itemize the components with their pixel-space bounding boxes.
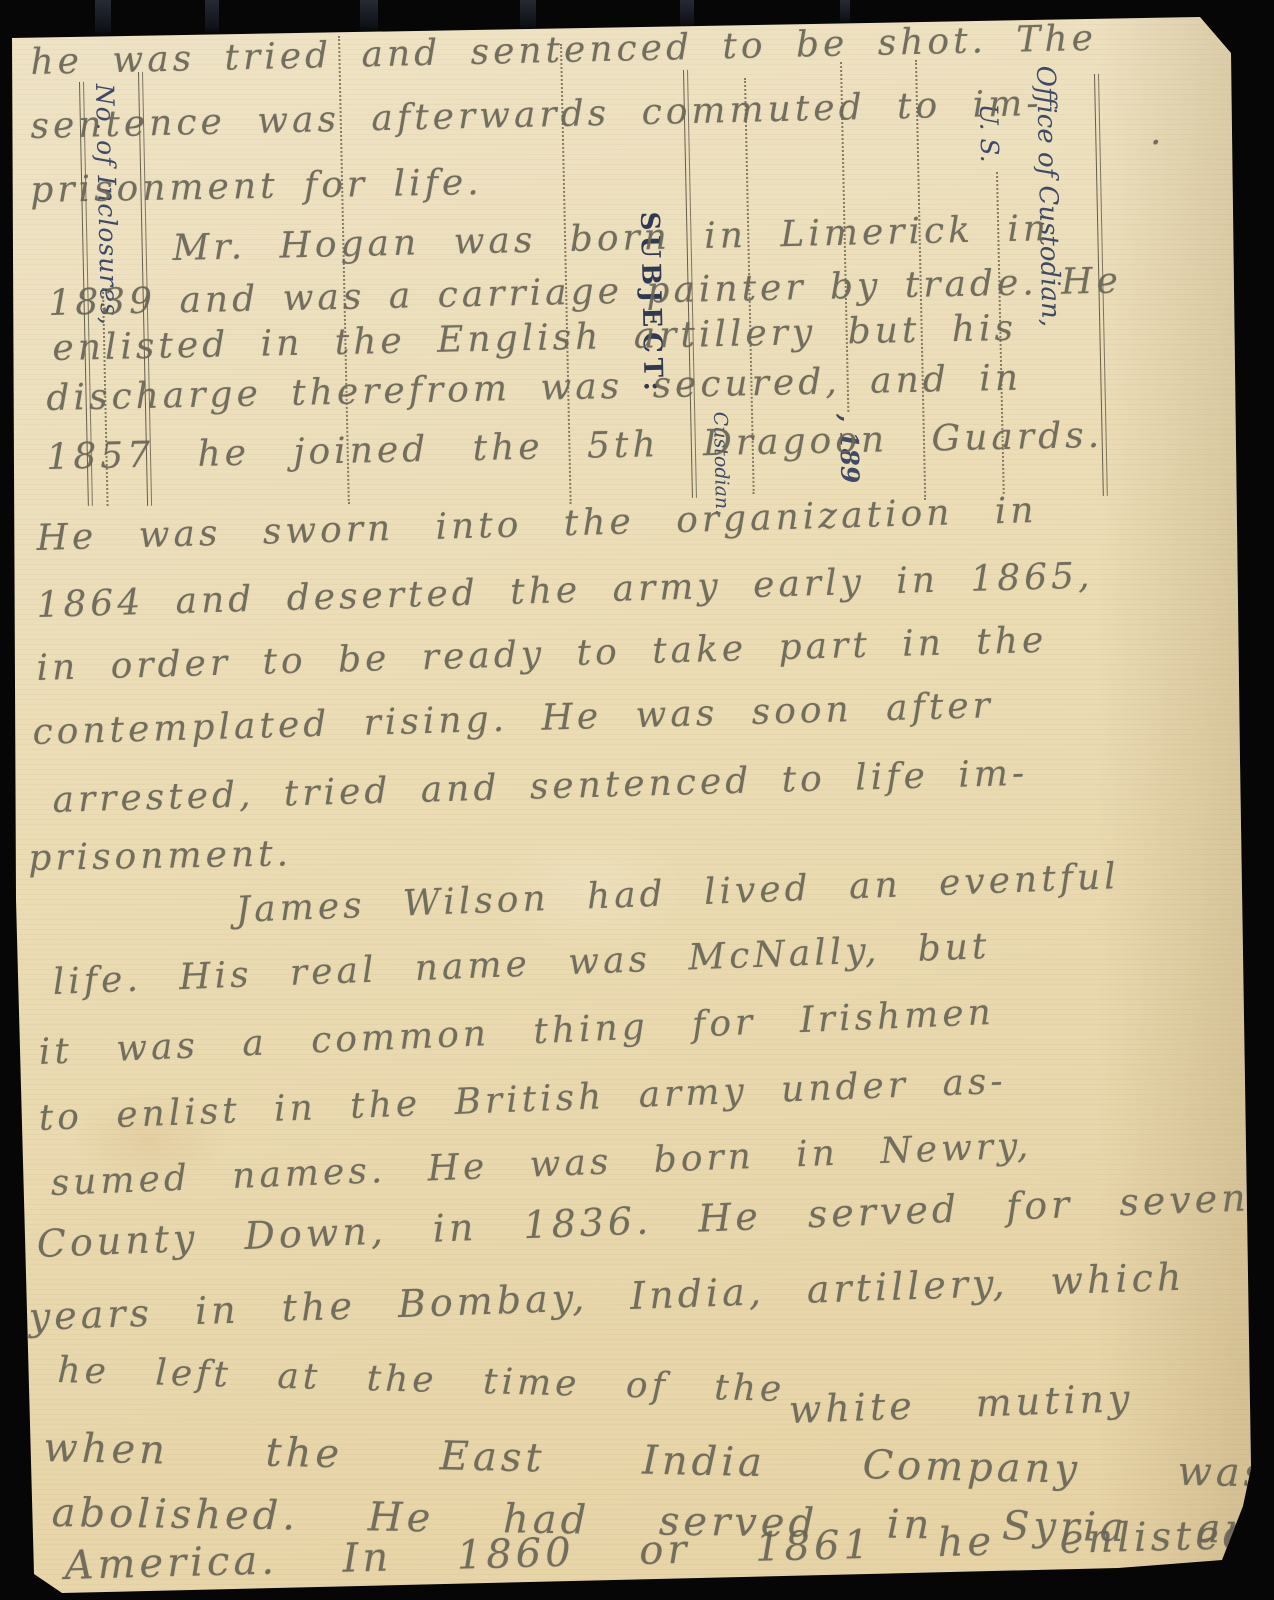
handwritten-stray-period: . xyxy=(1150,112,1165,153)
handwritten-line: James Wilson had lived an eventful xyxy=(235,856,1120,931)
scanner-streak xyxy=(95,0,111,36)
handwritten-line: contemplated rising. He was soon after xyxy=(32,685,994,753)
paper: No. of Inclosures, SUBJECT: Custodian. ,… xyxy=(0,0,1274,1600)
handwritten-line: it was a common thing for Irishmen xyxy=(38,992,996,1073)
handwritten-line: sentence was afterwards commuted to im- xyxy=(30,83,1043,147)
scanner-streak xyxy=(680,0,694,28)
scanned-page: No. of Inclosures, SUBJECT: Custodian. ,… xyxy=(0,0,1274,1600)
handwritten-line: discharge therefrom was secured, and in xyxy=(46,358,1022,419)
handwritten-line: 1864 and deserted the army early in 1865… xyxy=(36,555,1094,626)
handwritten-line: arrested, tried and sentenced to life im… xyxy=(52,753,1029,821)
handwritten-line: to enlist in the British army under as- xyxy=(38,1061,1007,1139)
handwritten-line: years in the Bombay, India, artillery, w… xyxy=(28,1255,1186,1339)
handwritten-line: 1857 he joined the 5th Dragoon Guards. xyxy=(46,415,1103,478)
handwritten-line: He was sworn into the organization in xyxy=(36,490,1038,559)
handwritten-line: prisonment. xyxy=(28,833,292,879)
scanner-streak xyxy=(205,0,219,34)
scanner-streak xyxy=(520,0,536,30)
handwritten-line: he was tried and sentenced to be shot. T… xyxy=(30,18,1097,83)
handwritten-line: when the East India Company was xyxy=(43,1425,1269,1497)
handwritten-insertion-white-mutiny: white mutiny xyxy=(788,1376,1134,1432)
handwritten-line: in order to be ready to take part in the xyxy=(36,620,1048,689)
handwritten-line: life. His real name was McNally, but xyxy=(52,926,991,1003)
scanner-streak xyxy=(360,0,378,32)
scanner-streak xyxy=(840,0,850,24)
handwritten-line: he left at the time of the xyxy=(57,1350,786,1410)
handwritten-line: prisonment for life. xyxy=(30,162,483,211)
